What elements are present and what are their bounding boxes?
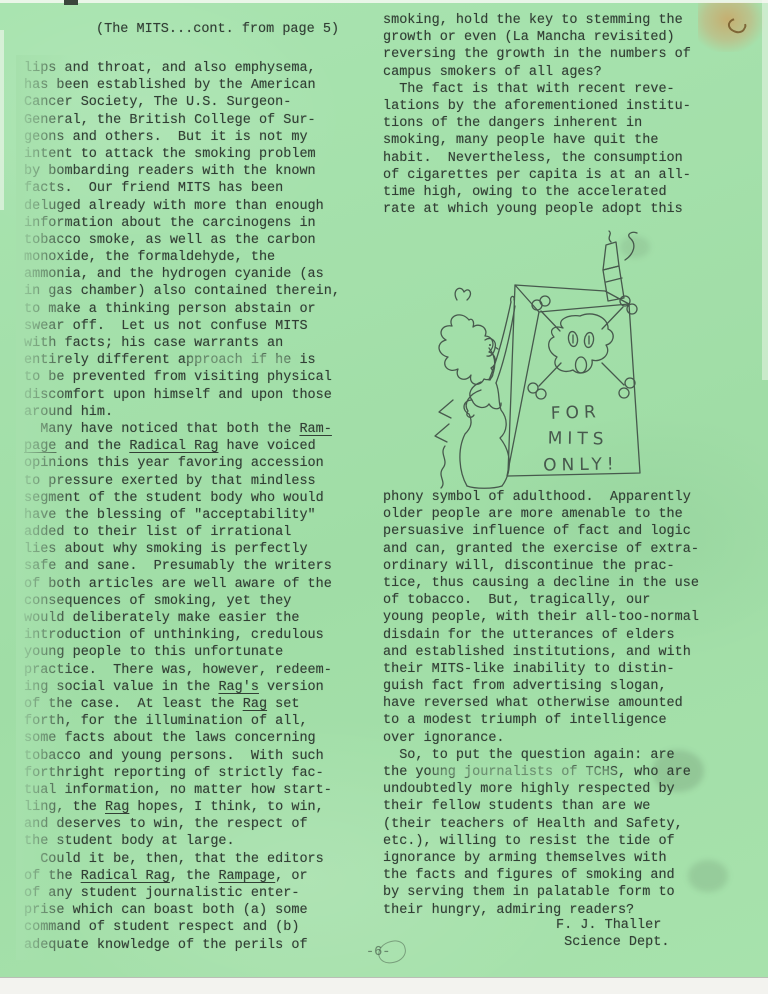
text-line: opinions this year favoring accession [24, 455, 376, 472]
text-line: young people to this unfortunate [24, 644, 376, 661]
text-line: by bombarding readers with the known [24, 163, 376, 180]
text-line: forthright reporting of strictly fac- [24, 765, 376, 782]
text-line: phony symbol of adulthood. Apparently [383, 489, 761, 506]
text-line: ammonia, and the hydrogen cyanide (as [24, 266, 376, 283]
page-header: (The MITS...cont. from page 5) [96, 21, 339, 38]
text-line: young people, with their all-too-normal [383, 609, 761, 626]
scan-edge-bottom [0, 977, 768, 994]
text-line: to be prevented from visiting physical [24, 369, 376, 386]
text-line: have reversed what otherwise amounted [383, 695, 761, 712]
text-line: ordinary will, discontinue the prac- [383, 558, 761, 575]
text-line: Could it be, then, that the editors [24, 851, 376, 868]
motion-lines [441, 446, 445, 488]
faded-text-patch [430, 764, 620, 780]
text-line: has been established by the American [24, 77, 376, 94]
text-line: some facts about the laws concerning [24, 730, 376, 747]
scan-edge-left [0, 30, 4, 210]
faded-text-patch [185, 352, 295, 368]
woman-figure [435, 288, 515, 488]
text-line: ling, the Rag hopes, I think, to win, [24, 799, 376, 816]
text-line: habit. Nevertheless, the consumption [383, 150, 761, 167]
scanned-page: (The MITS...cont. from page 5) lips and … [0, 0, 768, 977]
text-line: have the blessing of "acceptability" [24, 507, 376, 524]
text-line: tice, thus causing a decline in the use [383, 575, 761, 592]
right-column-bottom: phony symbol of adulthood. Apparentlyold… [383, 489, 761, 919]
text-line: around him. [24, 404, 376, 421]
text-line: persuasive influence of fact and logic [383, 523, 761, 540]
text-line: of the case. At least the Rag set [24, 696, 376, 713]
signature: F. J. Thaller Science Dept. [556, 917, 669, 951]
text-line: adequate knowledge of the perils of [24, 937, 376, 954]
ink-smudge [652, 750, 704, 792]
smoke-icon [609, 231, 611, 242]
scan-edge-top [0, 0, 768, 3]
text-line: of any student journalistic enter- [24, 885, 376, 902]
text-line: consequences of smoking, yet they [24, 593, 376, 610]
text-line: ing social value in the Rag's version [24, 679, 376, 696]
text-line: tions of the dangers inherent in [383, 115, 761, 132]
text-line: lips and throat, and also emphysema, [24, 60, 376, 77]
text-line: of cigarettes per capita is at an all- [383, 167, 761, 184]
text-line: lations by the aforementioned institu- [383, 98, 761, 115]
text-line: of both articles are well aware of the [24, 576, 376, 593]
cigarette-pack-illustration: FOR MITS ONLY! [401, 230, 716, 492]
text-line: discomfort upon himself and upon those [24, 387, 376, 404]
text-line: monoxide, the formaldehyde, the [24, 249, 376, 266]
hair [439, 315, 495, 385]
text-line: facts. Our friend MITS has been [24, 180, 376, 197]
text-line: of tobacco. But, tragically, our [383, 592, 761, 609]
text-line: smoking, many people have quit the [383, 132, 761, 149]
text-line: rate at which young people adopt this [383, 201, 761, 218]
text-line: introduction of unthinking, credulous [24, 627, 376, 644]
text-line: F. J. Thaller [556, 917, 669, 934]
text-line: Cancer Society, The U.S. Surgeon- [24, 94, 376, 111]
text-line: over ignorance. [383, 730, 761, 747]
text-line: forth, for the illumination of all, [24, 713, 376, 730]
text-line: Science Dept. [556, 934, 669, 951]
body [496, 383, 509, 486]
text-line: segment of the student body who would [24, 490, 376, 507]
text-line: tual information, no matter how start- [24, 782, 376, 799]
text-line: General, the British College of Sur- [24, 112, 376, 129]
pack-label: FOR MITS ONLY! [543, 402, 619, 476]
face [485, 339, 495, 357]
text-line: to a modest triumph of intelligence [383, 712, 761, 729]
text-line: intent to attack the smoking problem [24, 146, 376, 163]
illustration-svg: FOR MITS ONLY! [401, 230, 716, 492]
text-line: and deserves to win, the respect of [24, 816, 376, 833]
pack-label-line1: FOR [550, 402, 601, 424]
text-line: the student body at large. [24, 833, 376, 850]
text-line: time high, owing to the accelerated [383, 184, 761, 201]
text-line: with facts; his case warrants an [24, 335, 376, 352]
text-line: lies about why smoking is perfectly [24, 541, 376, 558]
text-line: tobacco and young persons. With such [24, 748, 376, 765]
left-column: lips and throat, and also emphysema,has … [24, 60, 376, 954]
text-line: their MITS-like inability to distin- [383, 661, 761, 678]
pen-smudge [376, 938, 408, 965]
scan-artifact [64, 0, 78, 5]
text-line: command of student respect and (b) [24, 919, 376, 936]
text-line: (their teachers of Health and Safety, [383, 816, 761, 833]
text-line: deluged already with more than enough [24, 198, 376, 215]
motion-lines [435, 400, 453, 442]
text-line: their fellow students than are we [383, 798, 761, 815]
text-line: of the Radical Rag, the Rampage, or [24, 868, 376, 885]
text-line: geons and others. But it is not my [24, 129, 376, 146]
text-line: and established institutions, and with [383, 644, 761, 661]
text-line: campus smokers of all ages? [383, 64, 761, 81]
text-line: Many have noticed that both the Ram- [24, 421, 376, 438]
text-line: older people are more amenable to the [383, 506, 761, 523]
text-line: disdain for the utterances of elders [383, 627, 761, 644]
ink-smudge [688, 860, 728, 892]
scan-edge-right [762, 0, 768, 380]
text-line: practice. There was, however, redeem- [24, 662, 376, 679]
text-line: would deliberately make easier the [24, 610, 376, 627]
text-line: added to their list of irrational [24, 524, 376, 541]
text-line: guish fact from advertising slogan, [383, 678, 761, 695]
text-line: etc.), willing to resist the tide of [383, 833, 761, 850]
pack-label-line3: ONLY! [543, 454, 619, 475]
text-line: to make a thinking person abstain or [24, 301, 376, 318]
text-line: The fact is that with recent reve- [383, 81, 761, 98]
text-line: swear off. Let us not confuse MITS [24, 318, 376, 335]
pack-label-line2: MITS [547, 428, 608, 449]
text-line: information about the carcinogens in [24, 215, 376, 232]
text-line: in gas chamber) also contained therein, [24, 283, 376, 300]
photocopy-fade [16, 55, 74, 960]
text-line: to pressure exerted by that mindless [24, 473, 376, 490]
ink-smudge [620, 236, 650, 258]
text-line: tobacco smoke, as well as the carbon [24, 232, 376, 249]
text-line: and can, granted the exercise of extra- [383, 541, 761, 558]
text-line: undoubtedly more highly respected by [383, 781, 761, 798]
text-line: prise which can boast both (a) some [24, 902, 376, 919]
text-line: So, to put the question again: are [383, 747, 761, 764]
text-line: page and the Radical Rag have voiced [24, 438, 376, 455]
text-line: safe and sane. Presumably the writers [24, 558, 376, 575]
